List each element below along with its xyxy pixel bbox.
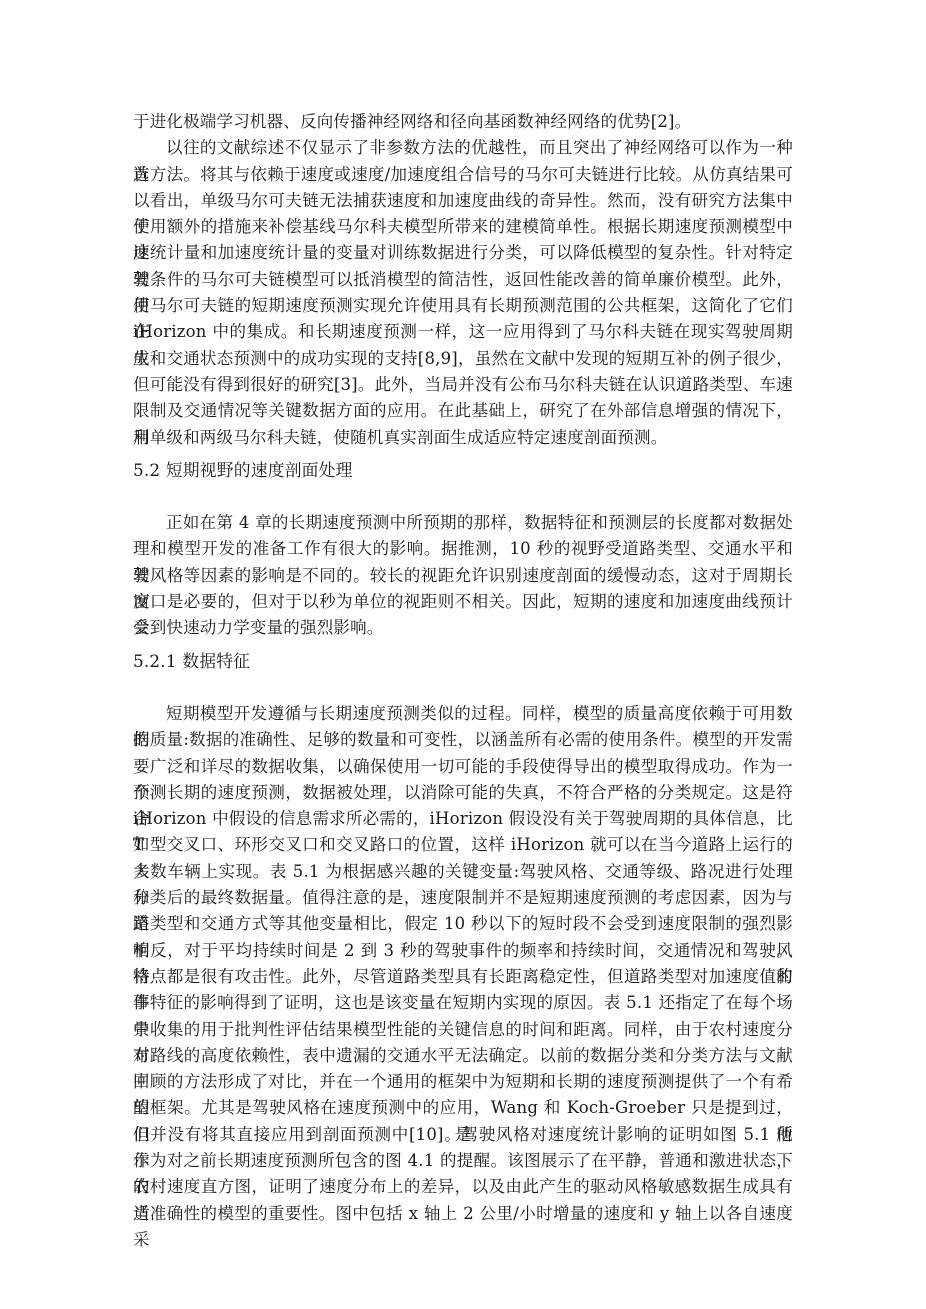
paragraph-literature-review: 于进化极端学习机器、反向传播神经网络和径向基函数神经网络的优势[2]。以往的文献… — [133, 109, 793, 451]
text-line: 分类后的最终数据量。值得注意的是，速度限制并不是短期速度预测的考虑因素，因为与道 — [133, 885, 793, 911]
text-line: 作为对之前长期速度预测所包含的图 4.1 的提醒。该图展示了在平静，普通和激进状… — [133, 1148, 793, 1174]
text-line: 成和交通状态预测中的成功实现的支持[8,9]，虽然在文献中发现的短期互补的例子很… — [133, 346, 793, 372]
text-line: 度统计量和加速度统计量的变量对训练数据进行分类，可以降低模型的复杂性。针对特定驾 — [133, 240, 793, 266]
paragraph-data-characteristics: 短期模型开发遵循与长期速度预测类似的过程。同样，模型的质量高度依赖于可用数据的质… — [133, 701, 793, 1227]
text-line: 多数车辆上实现。表 5.1 为根据感兴趣的关键变量:驾驶风格、交通等级、路况进行… — [133, 859, 793, 885]
text-line: 用马尔可夫链的短期速度预测实现允许使用具有长期预测范围的公共框架，这简化了它们在 — [133, 293, 793, 319]
document-page-body: { "page": { "background_color": "#ffffff… — [0, 0, 926, 1309]
section-heading-5-2: 5.2 短期视野的速度剖面处理 — [133, 457, 793, 483]
text-line: 使用额外的措施来补偿基线马尔科夫模型所带来的建模简单性。根据长期速度预测模型中速 — [133, 214, 793, 240]
text-line: 要广泛和详尽的数据收集，以确保使用一切可能的手段使得导出的模型取得成功。作为一个 — [133, 754, 793, 780]
text-line: 正如在第 4 章的长期速度预测中所预期的那样，数据特征和预测层的长度都对数据处 — [133, 510, 793, 536]
text-line: 相反，对于平均持续时间是 2 到 3 秒的驾驶事件的频率和持续时间，交通情况和驾… — [133, 938, 793, 964]
text-line: 用单级和两级马尔科夫链，使随机真实剖面生成适应特定速度剖面预测。 — [133, 425, 793, 451]
text-line: 以看出，单级马尔可夫链无法捕获速度和加速度曲线的奇异性。然而，没有研究方法集中于 — [133, 188, 793, 214]
document-text-area: 于进化极端学习机器、反向传播神经网络和径向基函数神经网络的优势[2]。以往的文献… — [133, 109, 793, 1227]
paragraph-horizon-processing: 正如在第 4 章的长期速度预测中所预期的那样，数据特征和预测层的长度都对数据处理… — [133, 510, 793, 641]
text-line: 件特征的影响得到了证明，这也是该变量在短期内实现的原因。表 5.1 还指定了在每… — [133, 990, 793, 1016]
text-line: 窗口是必要的，但对于以秒为单位的视距则不相关。因此，短期的速度和加速度曲线预计会 — [133, 589, 793, 615]
text-line: 受到快速动力学变量的强烈影响。 — [133, 615, 793, 641]
text-line: 对路线的高度依赖性，表中遗漏的交通水平无法确定。以前的数据分类和分类方法与文献中 — [133, 1043, 793, 1069]
text-line: 农村速度直方图，证明了速度分布上的差异，以及由此产生的驱动风格敏感数据生成具有适 — [133, 1174, 793, 1200]
text-line: iHorizon 中的集成。和长期速度预测一样，这一应用得到了马尔科夫链在现实驾… — [133, 319, 793, 345]
section-heading-5-2-1: 5.2.1 数据特征 — [133, 648, 793, 674]
text-line: 于进化极端学习机器、反向传播神经网络和径向基函数神经网络的优势[2]。 — [133, 109, 793, 135]
text-line: 限制及交通情况等关键数据方面的应用。在此基础上，研究了在外部信息增强的情况下，利 — [133, 398, 793, 424]
text-line: 以往的文献综述不仅显示了非参数方法的优越性，而且突出了神经网络可以作为一种首 — [133, 135, 793, 161]
document-page: 于进化极端学习机器、反向传播神经网络和径向基函数神经网络的优势[2]。以往的文献… — [0, 0, 926, 1309]
text-line: 短期模型开发遵循与长期速度预测类似的过程。同样，模型的质量高度依赖于可用数据 — [133, 701, 793, 727]
text-line: 选方法。将其与依赖于速度或速度/加速度组合信号的马尔可夫链进行比较。从仿真结果可 — [133, 162, 793, 188]
text-line: 驶条件的马尔可夫链模型可以抵消模型的简洁性，返回性能改善的简单廉价模型。此外，使 — [133, 267, 793, 293]
text-line: 预测长期的速度预测，数据被处理，以消除可能的失真，不符合严格的分类规定。这是符合 — [133, 780, 793, 806]
text-line: 路类型和交通方式等其他变量相比，假定 10 秒以下的短时段不会受到速度限制的强烈… — [133, 911, 793, 937]
text-line: T 型交叉口、环形交叉口和交叉路口的位置，这样 iHorizon 就可以在当今道… — [133, 832, 793, 858]
text-line: 特点都是很有攻击性。此外，尽管道路类型具有长距离稳定性，但道路类型对加速度值和事 — [133, 964, 793, 990]
text-line: 理和模型开发的准备工作有很大的影响。据推测，10 秒的视野受道路类型、交通水平和… — [133, 536, 793, 562]
text-line: 的框架。尤其是驾驶风格在速度预测中的应用，Wang 和 Koch-Groeber… — [133, 1095, 793, 1121]
text-line: 中收集的用于批判性评估结果模型性能的关键信息的时间和距离。同样，由于农村速度分布 — [133, 1017, 793, 1043]
text-line: 们并没有将其直接应用到剖面预测中[10]。驾驶风格对速度统计影响的证明如图 5.… — [133, 1122, 793, 1148]
text-line: 但可能没有得到很好的研究[3]。此外，当局并没有公布马尔科夫链在认识道路类型、车… — [133, 372, 793, 398]
text-line: 回顾的方法形成了对比，并在一个通用的框架中为短期和长期的速度预测提供了一个有希望 — [133, 1069, 793, 1095]
text-line: 当准确性的模型的重要性。图中包括 x 轴上 2 公里/小时增量的速度和 y 轴上… — [133, 1201, 793, 1227]
text-line: 的质量:数据的准确性、足够的数量和可变性，以涵盖所有必需的使用条件。模型的开发需 — [133, 727, 793, 753]
text-line: 驶风格等因素的影响是不同的。较长的视距允许识别速度剖面的缓慢动态，这对于周期长度 — [133, 563, 793, 589]
text-line: iHorizon 中假设的信息需求所必需的，iHorizon 假设没有关于驾驶周… — [133, 806, 793, 832]
